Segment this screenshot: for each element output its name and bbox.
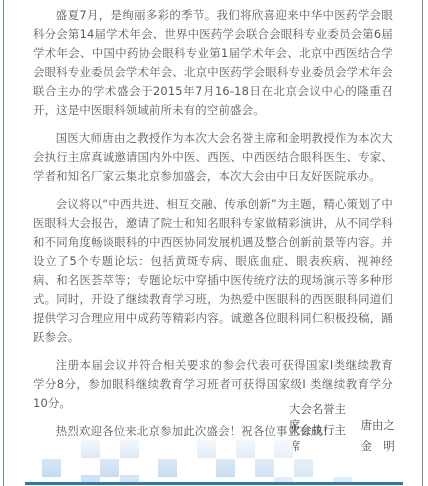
paragraph-theme: 会议将以“中西共进、相互交融、传承创新”为主题，精心策划了中医眼科大会报告，邀请… [33,195,393,347]
signature-role: 大会执行主席 [289,422,349,454]
signature-name: 金 明 [361,438,395,454]
paragraph-chairs: 国医大师唐由之教授作为本次大会名誉主席和金明教授作为本次大会执行主席真诚邀请国内… [33,129,393,186]
letter-body: 盛夏7月，是绚丽多彩的季节。我们将欣喜迎来中华中医药学会眼科分会第14届学术年会… [33,6,393,450]
signature-executive-chair: 大会执行主席 金 明 [289,422,395,454]
paragraph-intro: 盛夏7月，是绚丽多彩的季节。我们将欣喜迎来中华中医药学会眼科分会第14届学术年会… [33,6,393,120]
